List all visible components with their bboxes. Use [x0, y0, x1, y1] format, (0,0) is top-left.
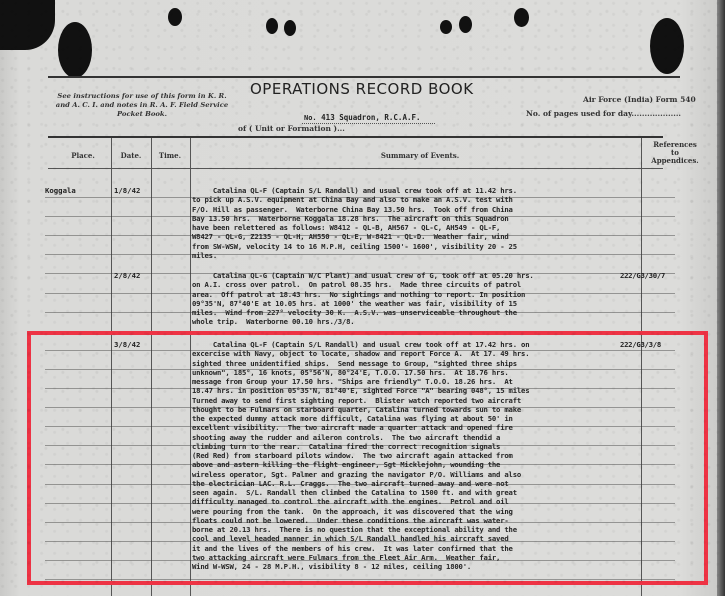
unit-field: No. 413 Squadron, R.C.A.F.: [302, 113, 435, 124]
entry-date: 3/8/42: [114, 340, 140, 349]
column-header-summary: Summary of Events.: [300, 151, 540, 160]
punch-hole: [514, 8, 529, 27]
binding-shadow: [0, 0, 55, 50]
top-rule: [48, 76, 680, 78]
column-header-references: References to Appendices.: [640, 141, 710, 165]
punch-hole: [266, 18, 278, 34]
ledger-line: [45, 579, 675, 580]
punch-hole: [58, 22, 92, 78]
punch-hole: [650, 18, 684, 74]
entry-reference: 222/G3/30/7: [620, 271, 665, 280]
column-divider: [151, 138, 152, 596]
column-divider: [641, 138, 642, 596]
entry-summary: Catalina QL-F (Captain S/L Randall) and …: [192, 340, 612, 571]
column-divider: [190, 138, 191, 596]
punch-hole: [284, 20, 296, 36]
unit-label: of ( Unit or Formation )...: [238, 124, 345, 133]
page-title: OPERATIONS RECORD BOOK: [250, 80, 474, 98]
entry-summary: Catalina QL-F (Captain S/L Randall) and …: [192, 186, 612, 260]
form-instructions: See instructions for use of this form in…: [52, 92, 232, 119]
pages-used-field: No. of pages used for day...............…: [526, 109, 681, 118]
form-number: Air Force (India) Form 540: [583, 95, 696, 104]
header-rule: [48, 136, 663, 138]
column-header-date: Date.: [113, 151, 149, 160]
unit-value: 413 Squadron, R.C.A.F.: [321, 113, 420, 122]
unit-no-label: No.: [304, 114, 317, 122]
column-header-time: Time.: [152, 151, 188, 160]
column-header-place: Place.: [58, 151, 108, 160]
punch-hole: [459, 16, 472, 33]
page-edge: [717, 0, 725, 596]
ledger-line: [45, 331, 675, 332]
entry-reference: 222/G3/3/8: [620, 340, 661, 349]
entry-date: 1/8/42: [114, 186, 140, 195]
punch-hole: [440, 20, 452, 34]
punch-hole: [168, 8, 182, 26]
entry-place: Koggala: [45, 186, 76, 195]
column-divider: [111, 138, 112, 596]
column-head-rule: [48, 168, 663, 169]
entry-date: 2/8/42: [114, 271, 140, 280]
document-scan: See instructions for use of this form in…: [0, 0, 725, 596]
entry-summary: Catalina QL-G (Captain W/C Plant) and us…: [192, 271, 612, 327]
